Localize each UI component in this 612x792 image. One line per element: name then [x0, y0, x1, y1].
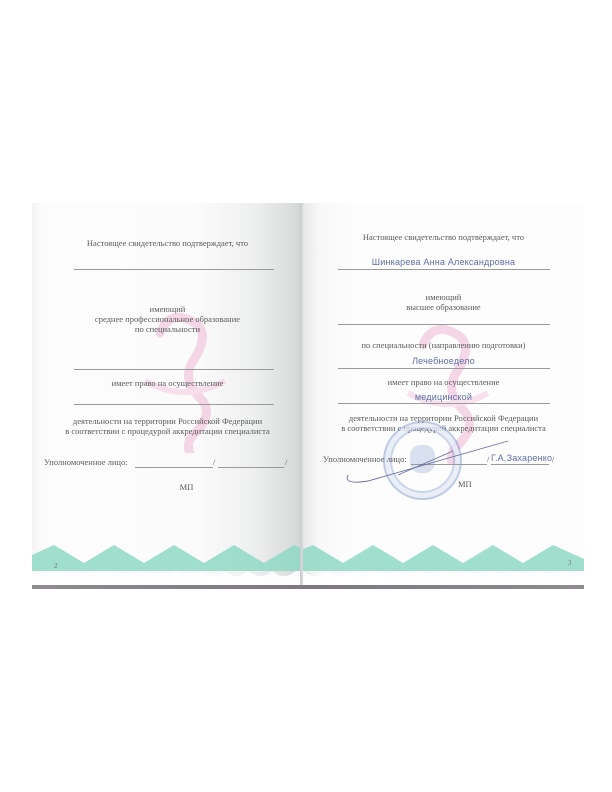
having-text: имеющий [32, 304, 303, 314]
page-right: Настоящее свидетельство подтверждает, чт… [303, 203, 584, 585]
activity-text-1: деятельности на территории Российской Фе… [32, 416, 303, 426]
authorized-label: Уполномоченное лицо: [44, 457, 128, 467]
having-text: имеющий [303, 292, 584, 302]
name-line [338, 269, 550, 270]
slash-2: / [285, 457, 287, 467]
page-left: Настоящее свидетельство подтверждает, чт… [32, 203, 303, 585]
signature-line [135, 467, 213, 468]
cover-edge [32, 585, 584, 589]
specialty-value: Лечебноедело [303, 356, 584, 366]
confirms-text: Настоящее свидетельство подтверждает, чт… [303, 232, 584, 242]
activity-line [74, 404, 274, 405]
slash-1: / [213, 457, 215, 467]
activity-text-2: в соответствии с процедурой аккредитации… [32, 426, 303, 436]
name-line [74, 269, 274, 270]
has-right-text: имеет право на осуществление [303, 377, 584, 387]
activity-line [338, 403, 550, 404]
education-text: среднее профессиональное образование [32, 314, 303, 324]
certificate-spread: Настоящее свидетельство подтверждает, чт… [32, 203, 584, 585]
slash-2: / [552, 454, 554, 464]
activity-value: медицинской [303, 392, 584, 402]
page-number: 3 [568, 559, 572, 567]
page-number: 2 [54, 562, 58, 570]
ornament-border [303, 537, 584, 585]
specialty-line [74, 369, 274, 370]
seal-label: МП [458, 479, 472, 489]
signature-mark [343, 433, 513, 488]
activity-text-1: деятельности на территории Российской Фе… [303, 413, 584, 423]
has-right-text: имеет право на осуществление [32, 378, 303, 388]
education-text: высшее образование [303, 302, 584, 312]
confirms-text: Настоящее свидетельство подтверждает, чт… [32, 238, 303, 248]
signatory-line [218, 467, 284, 468]
specialty-line [338, 368, 550, 369]
specialty-label: по специальности [32, 324, 303, 334]
education-line [338, 324, 550, 325]
holder-name: Шинкарева Анна Александровна [303, 257, 584, 267]
specialty-label: по специальности (направлению подготовки… [303, 340, 584, 350]
ornament-border [32, 537, 303, 585]
seal-label: МП [32, 482, 303, 492]
